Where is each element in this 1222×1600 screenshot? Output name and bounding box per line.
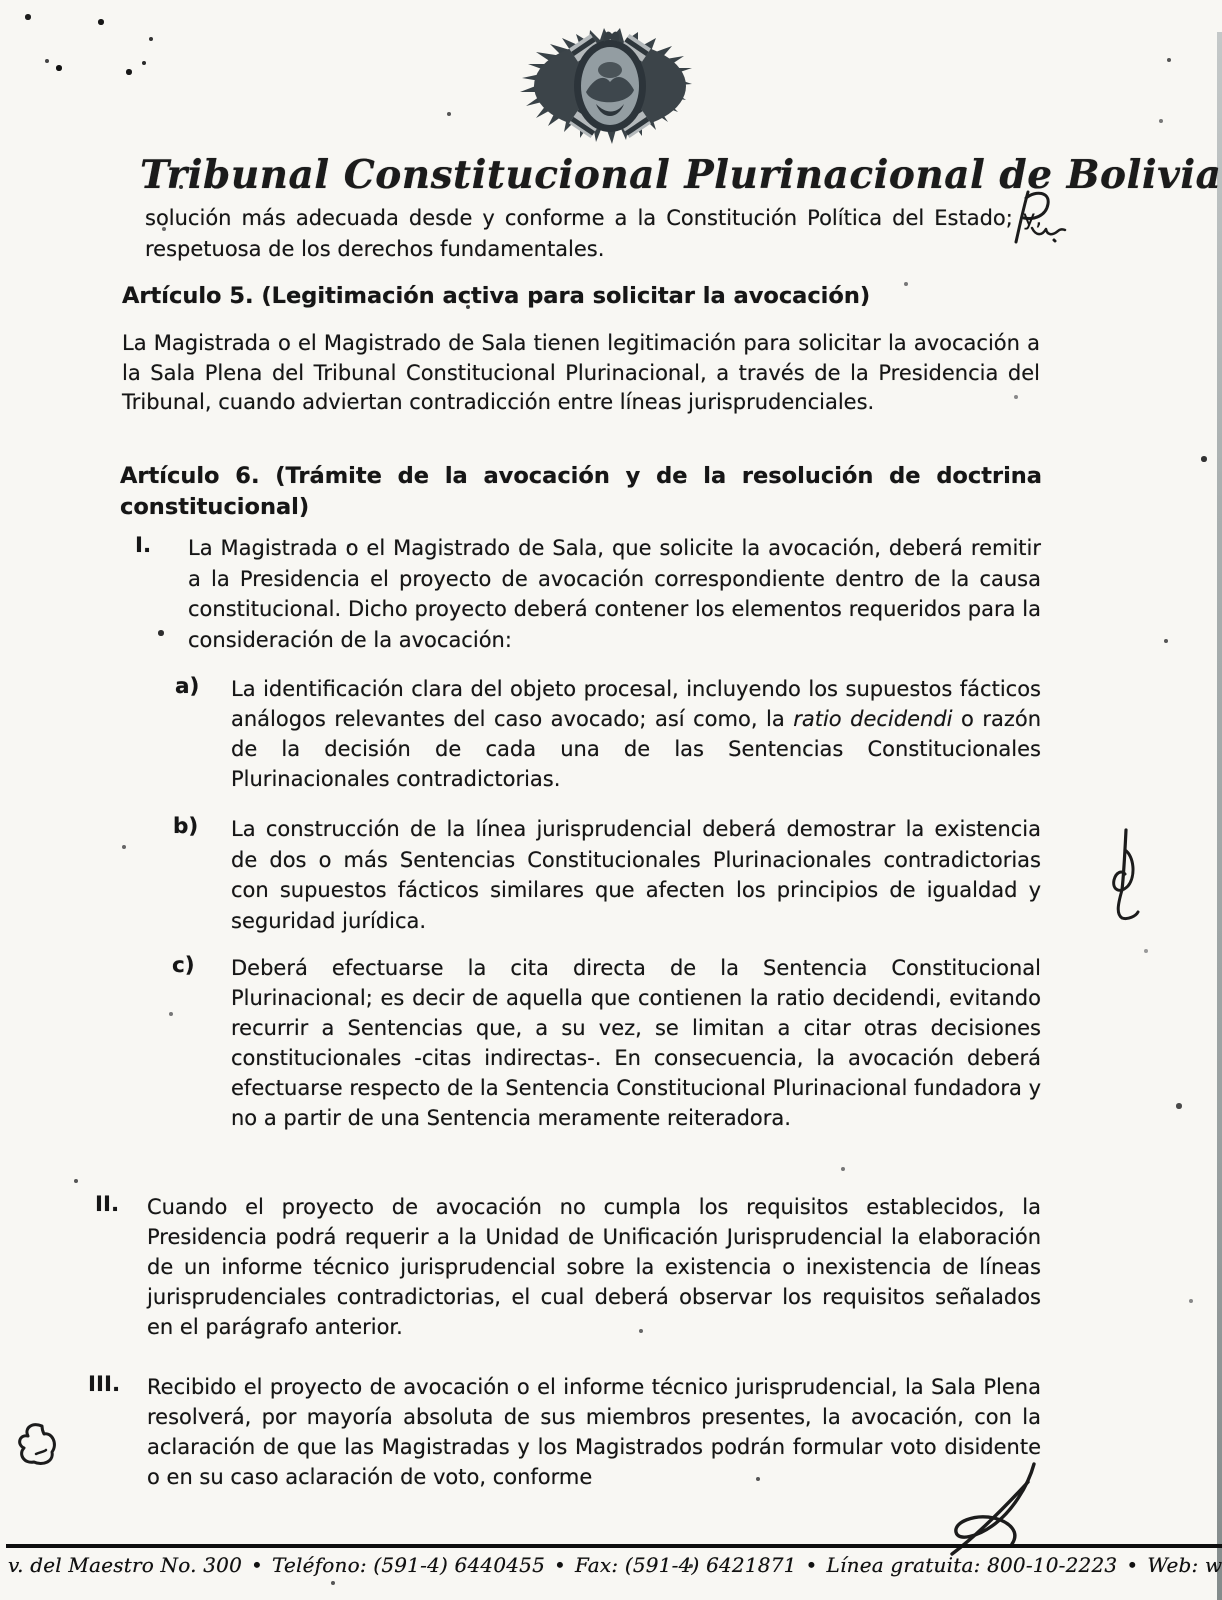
clause-III-numeral: III. — [88, 1372, 120, 1397]
clause-I-numeral: I. — [135, 533, 151, 558]
letterhead-title: Tribunal Constitucional Plurinacional de… — [140, 152, 1070, 198]
handwritten-margin-doodle — [12, 1420, 70, 1476]
scan-edge-shadow — [1217, 32, 1222, 1600]
footer-bullet: • — [797, 1553, 827, 1577]
article5-heading: Artículo 5. (Legitimación activa para so… — [122, 281, 1052, 312]
scan-speckles — [0, 0, 2, 2]
clause-II-numeral: II. — [95, 1192, 119, 1217]
ratio-decidendi-italic: ratio decidendi — [793, 707, 952, 731]
letter-b-text: La construcción de la línea jurisprudenc… — [231, 814, 1041, 936]
footer-bullet: • — [242, 1553, 272, 1577]
footer-phone: Teléfono: (591-4) 6440455 — [272, 1553, 545, 1577]
footer-web: Web: www.tcpbolivia.bo — [1147, 1553, 1222, 1577]
scanned-document-page: Tribunal Constitucional Plurinacional de… — [0, 0, 1222, 1600]
footer-rule — [6, 1544, 1222, 1548]
footer-fax: Fax: (591-4) 6421871 — [575, 1553, 797, 1577]
clause-II-text: Cuando el proyecto de avocación no cumpl… — [147, 1192, 1041, 1342]
letter-c-label: c) — [172, 953, 195, 978]
footer-tollfree: Línea gratuita: 800-10-2223 — [827, 1553, 1118, 1577]
letter-a-text: La identificación clara del objeto proce… — [231, 674, 1041, 794]
footer-contact-line: v. del Maestro No. 300•Teléfono: (591-4)… — [8, 1553, 1218, 1577]
coat-of-arms-icon — [492, 26, 728, 156]
article5-body: La Magistrada o el Magistrado de Sala ti… — [122, 329, 1040, 418]
article6-heading: Artículo 6. (Trámite de la avocación y d… — [120, 461, 1042, 523]
intro-paragraph: solución más adecuada desde y conforme a… — [145, 203, 1042, 265]
clause-I-text: La Magistrada o el Magistrado de Sala, q… — [188, 533, 1041, 655]
letter-c-text: Deberá efectuarse la cita directa de la … — [231, 953, 1041, 1133]
footer-bullet: • — [1117, 1553, 1147, 1577]
clause-III-text: Recibido el proyecto de avocación o el i… — [147, 1372, 1041, 1492]
letter-a-label: a) — [175, 674, 199, 699]
letter-b-label: b) — [173, 814, 198, 839]
handwritten-margin-paraph — [1100, 828, 1144, 932]
footer-bullet: • — [545, 1553, 575, 1577]
footer-address: v. del Maestro No. 300 — [8, 1553, 242, 1577]
